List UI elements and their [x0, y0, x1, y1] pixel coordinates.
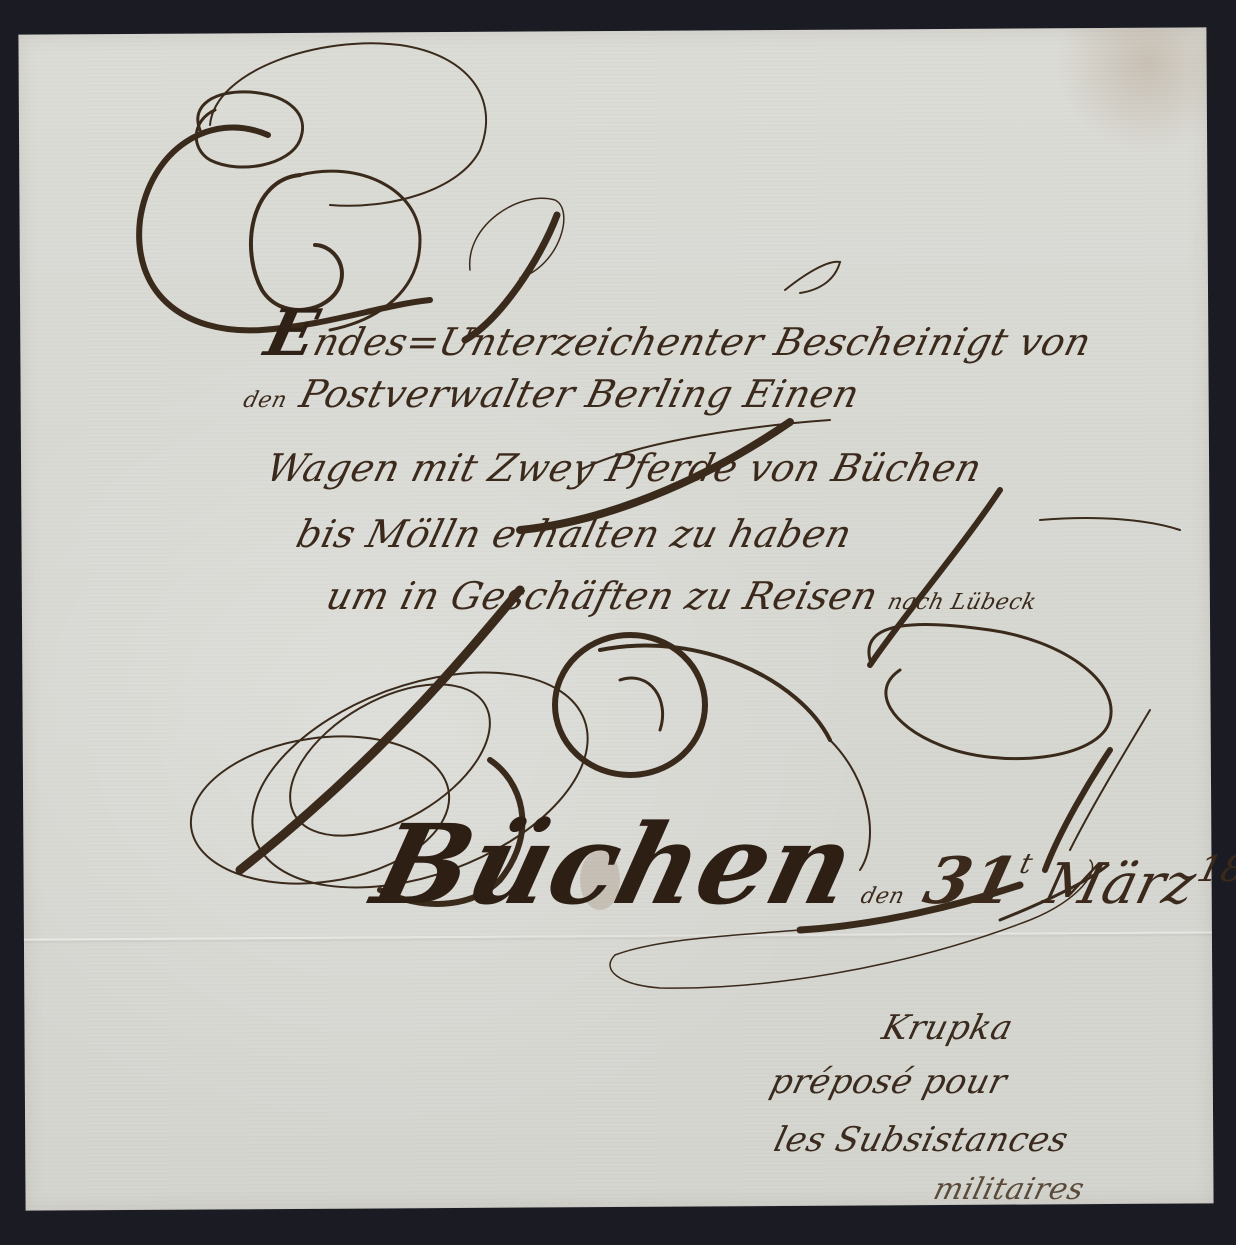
body-line-4: bis Mölln erhalten zu haben	[292, 512, 856, 556]
body-line-2: den Postverwalter Berling Einen	[240, 372, 864, 416]
signature-title-line-2: les Subsistances	[770, 1120, 1072, 1160]
body-line-4-text: bis Mölln erhalten zu haben	[292, 512, 856, 556]
paper-fold-line	[24, 931, 1212, 940]
dateline-month: März	[1037, 852, 1202, 917]
body-line-5-addition: nach Lübeck	[885, 590, 1039, 615]
signature-title-line-3: militaires	[930, 1172, 1088, 1207]
dateline-day: 31	[917, 844, 1026, 919]
body-line-2-prefix: den	[241, 388, 290, 413]
body-line-1-text: ndes=Unterzeichenter Bescheinigt von	[309, 320, 1096, 364]
dateline-place: Büchen	[362, 800, 867, 929]
body-line-5: um in Geschäften zu Reisen nach Lübeck	[322, 574, 1043, 618]
document-paper	[18, 27, 1213, 1210]
body-line-1: Endes=Unterzeichenter Bescheinigt von	[258, 296, 1102, 371]
signature-title-line-1: préposé pour	[766, 1062, 1011, 1102]
body-line-2-text: Postverwalter Berling Einen	[295, 372, 864, 416]
body-line-3: Wagen mit Zwey Pferde von Büchen	[262, 446, 986, 490]
dateline-den: den	[858, 884, 907, 909]
body-line-3-text: Wagen mit Zwey Pferde von Büchen	[262, 446, 986, 490]
signature-name: Krupka	[878, 1008, 1017, 1048]
dateline: Büchen den 31t März1807.	[362, 800, 1236, 929]
body-line-5-text: um in Geschäften zu Reisen	[322, 574, 883, 618]
